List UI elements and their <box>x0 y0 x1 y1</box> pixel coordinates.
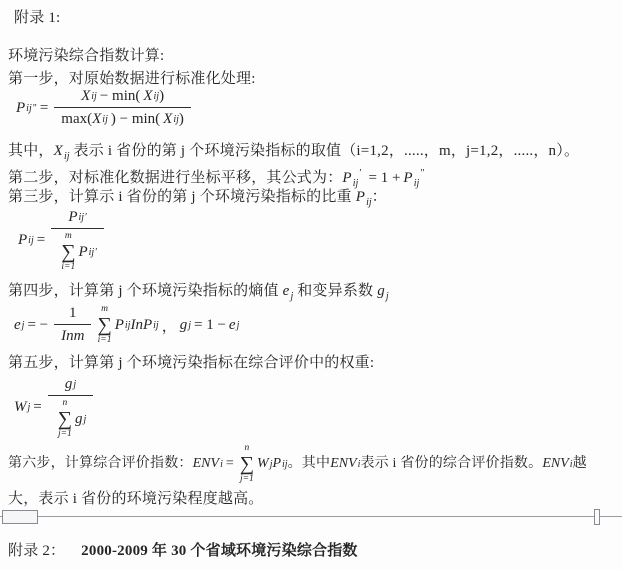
f1-num-mid: − min( <box>100 88 141 105</box>
f3-equals2: = 1 − <box>194 317 226 334</box>
f4-sum: n ∑ j=1 <box>58 399 72 439</box>
f3-comma: ， <box>162 315 177 336</box>
f3-sum: m ∑ i=1 <box>97 305 111 345</box>
f4-den-g: g <box>75 411 83 428</box>
f4-numerator: gj <box>58 376 83 395</box>
f2-den-p: P <box>78 244 87 261</box>
f4-sum-lower: j=1 <box>58 430 72 440</box>
step6-env2: ENV <box>330 456 356 472</box>
step4-mid: 和变异系数 <box>297 283 373 299</box>
f1-den-close: ) <box>179 111 184 128</box>
step6-text: 第六步，计算综合评价指数： <box>8 454 193 474</box>
frame-divider-line <box>0 516 622 517</box>
step6-tail-line: 大，表示 i 省份的环境污染程度越高。 <box>8 489 263 509</box>
f3-p: P <box>115 317 124 334</box>
f2-num-p: P <box>68 209 77 226</box>
step2-text: 第二步，对标准化数据进行坐标平移，其公式为： <box>8 170 342 186</box>
step6-sum-lower: j=1 <box>240 475 254 485</box>
f2-den-sup: ′ <box>95 247 97 258</box>
f1-fraction: Xij − min( Xij) max(Xij ) − min( Xij) <box>54 88 191 128</box>
step6-line: 第六步，计算综合评价指数： ENVi = n ∑ j=1 WjPij 。其中 E… <box>8 444 587 484</box>
step2-p2: P <box>403 170 412 186</box>
formula-weight: Wj = gj n ∑ j=1 gj <box>14 376 96 439</box>
f1-numerator: Xij − min( Xij) <box>74 88 171 107</box>
step6-tail-text: 大，表示 i 省份的环境污染程度越高。 <box>8 491 263 507</box>
step4-g-sub: j <box>386 291 389 302</box>
step6-post1: 。其中 <box>288 454 331 474</box>
step4-line: 第四步，计算第 j 个环境污染指标的熵值 ej 和变异系数 gj <box>8 281 389 307</box>
step3-text: 第三步，计算示 i 省份的第 j 个环境污染指标的比重 <box>8 189 352 205</box>
appendix1-heading: 附录 1: <box>14 8 60 28</box>
f3-g: g <box>180 317 188 334</box>
appendix1-text: 附录 1: <box>14 10 60 26</box>
step6-sum: n ∑ j=1 <box>240 444 254 484</box>
f3-lnp: InP <box>130 317 152 334</box>
f1-equals: = <box>40 100 48 117</box>
f3-equals-minus: = − <box>27 317 48 334</box>
document-page: 附录 1: 环境污染综合指数计算: 第一步，对原始数据进行标准化处理: Pij"… <box>0 0 622 570</box>
f1-lhs-var: P <box>16 100 25 117</box>
f1-denominator: max(Xij ) − min( Xij) <box>54 107 191 128</box>
step1-line: 第一步，对原始数据进行标准化处理: <box>8 69 256 89</box>
f3-e2: e <box>229 317 236 334</box>
calc-title-text: 环境污染综合指数计算: <box>8 48 164 64</box>
step6-post2: 表示 i 省份的综合评价指数。 <box>360 454 542 474</box>
where-x: X <box>54 143 63 159</box>
f4-fraction: gj n ∑ j=1 gj <box>48 376 94 439</box>
f2-sum-lower: i=1 <box>61 263 75 273</box>
step6-env1: ENV <box>193 456 219 472</box>
step4-e: e <box>283 283 290 299</box>
step6-p: P <box>272 456 281 472</box>
f1-num-x1-sub: ij <box>91 91 97 102</box>
step3-colon: ： <box>372 189 387 205</box>
f1-den-open: max( <box>61 111 92 128</box>
f1-den-x1: X <box>92 111 101 128</box>
formula-proportion: Pij = Pij′ m ∑ i=1 Pij′ <box>18 209 107 272</box>
step6-equals: = <box>226 456 234 472</box>
f2-lhs-sub: ij <box>28 235 34 246</box>
sigma-symbol: ∑ <box>58 410 72 429</box>
f2-denominator: m ∑ i=1 Pij′ <box>51 228 104 272</box>
appendix2-label: 附录 2： <box>8 543 65 559</box>
f2-fraction: Pij′ m ∑ i=1 Pij′ <box>51 209 104 272</box>
appendix2-heading: 附录 2： 2000-2009 年 30 个省域环境污染综合指数 <box>8 541 358 561</box>
f4-denominator: n ∑ j=1 gj <box>48 395 94 439</box>
where-x-sub: ij <box>64 151 70 162</box>
step2-p1: P <box>342 170 351 186</box>
f4-num-sub: j <box>73 379 76 390</box>
f3-g-sub: j <box>188 320 191 331</box>
f3-sum-lower: i=1 <box>98 336 112 346</box>
f1-num-close: ) <box>159 88 164 105</box>
step6-env3: ENV <box>542 456 568 472</box>
f3-lnp-sub: ij <box>153 320 159 331</box>
step2-mid: = 1 + <box>368 170 400 186</box>
step2-p2-sub: ij <box>414 178 420 189</box>
frame-resize-handle-right[interactable] <box>594 509 600 525</box>
f4-lhs-sub: j <box>28 402 31 413</box>
f3-e2-sub: j <box>237 320 240 331</box>
step4-text: 第四步，计算第 j 个环境污染指标的熵值 <box>8 283 279 299</box>
f3-den-lnm: Inm <box>61 328 84 345</box>
f4-den-sub: j <box>84 414 87 425</box>
f2-sum: m ∑ i=1 <box>61 232 75 272</box>
f1-den-x1-sub: ij <box>102 114 108 125</box>
f3-fraction: 1 Inm <box>54 305 91 345</box>
step6-w: W <box>257 456 269 472</box>
f1-lhs-sub: ij <box>26 103 32 114</box>
f2-num-sup: ′ <box>85 212 87 223</box>
step3-p: P <box>356 189 365 205</box>
formula-entropy: ej = − 1 Inm m ∑ i=1 PijInPij ， gj = 1 −… <box>14 305 239 345</box>
f1-lhs-sup: " <box>33 103 37 114</box>
step5-line: 第五步，计算第 j 个环境污染指标在综合评价中的权重: <box>8 353 374 373</box>
f4-equals: = <box>33 399 41 416</box>
f2-den-sub: ij <box>89 247 95 258</box>
sigma-symbol: ∑ <box>97 316 111 335</box>
f1-den-x2: X <box>163 111 172 128</box>
f1-num-x1: X <box>81 88 90 105</box>
step6-env1-sub: i <box>220 459 223 470</box>
appendix2-title: 2000-2009 年 30 个省域环境污染综合指数 <box>81 543 357 559</box>
f3-lhs-var: e <box>14 317 21 334</box>
sigma-symbol: ∑ <box>240 455 254 474</box>
step6-post3: 越 <box>573 454 587 474</box>
calc-title: 环境污染综合指数计算: <box>8 46 164 66</box>
f2-num-sub: ij <box>79 212 85 223</box>
where-post: 表示 i 省份的第 j 个环境污染指标的取值（i=1,2，.....，m，j=1… <box>74 143 580 159</box>
f2-equals: = <box>37 232 45 249</box>
step4-e-sub: j <box>290 291 293 302</box>
sigma-symbol: ∑ <box>61 243 75 262</box>
step2-p1-sup: ′ <box>359 168 361 179</box>
f1-num-x2: X <box>143 88 152 105</box>
frame-resize-handle-left[interactable] <box>2 510 38 524</box>
f2-numerator: Pij′ <box>61 209 94 228</box>
step1-text: 第一步，对原始数据进行标准化处理: <box>8 71 256 87</box>
f3-lhs-sub: j <box>22 320 25 331</box>
f1-den-mid: ) − min( <box>111 111 160 128</box>
f4-lhs-var: W <box>14 399 27 416</box>
step2-p2-sup: " <box>420 168 424 179</box>
step4-g: g <box>377 283 385 299</box>
f4-num-g: g <box>65 376 73 393</box>
f2-lhs-var: P <box>18 232 27 249</box>
where-pre: 其中， <box>8 143 54 159</box>
f3-num-one: 1 <box>69 305 77 322</box>
formula-standardization: Pij" = Xij − min( Xij) max(Xij ) − min( … <box>16 88 194 128</box>
step5-text: 第五步，计算第 j 个环境污染指标在综合评价中的权重: <box>8 355 374 371</box>
